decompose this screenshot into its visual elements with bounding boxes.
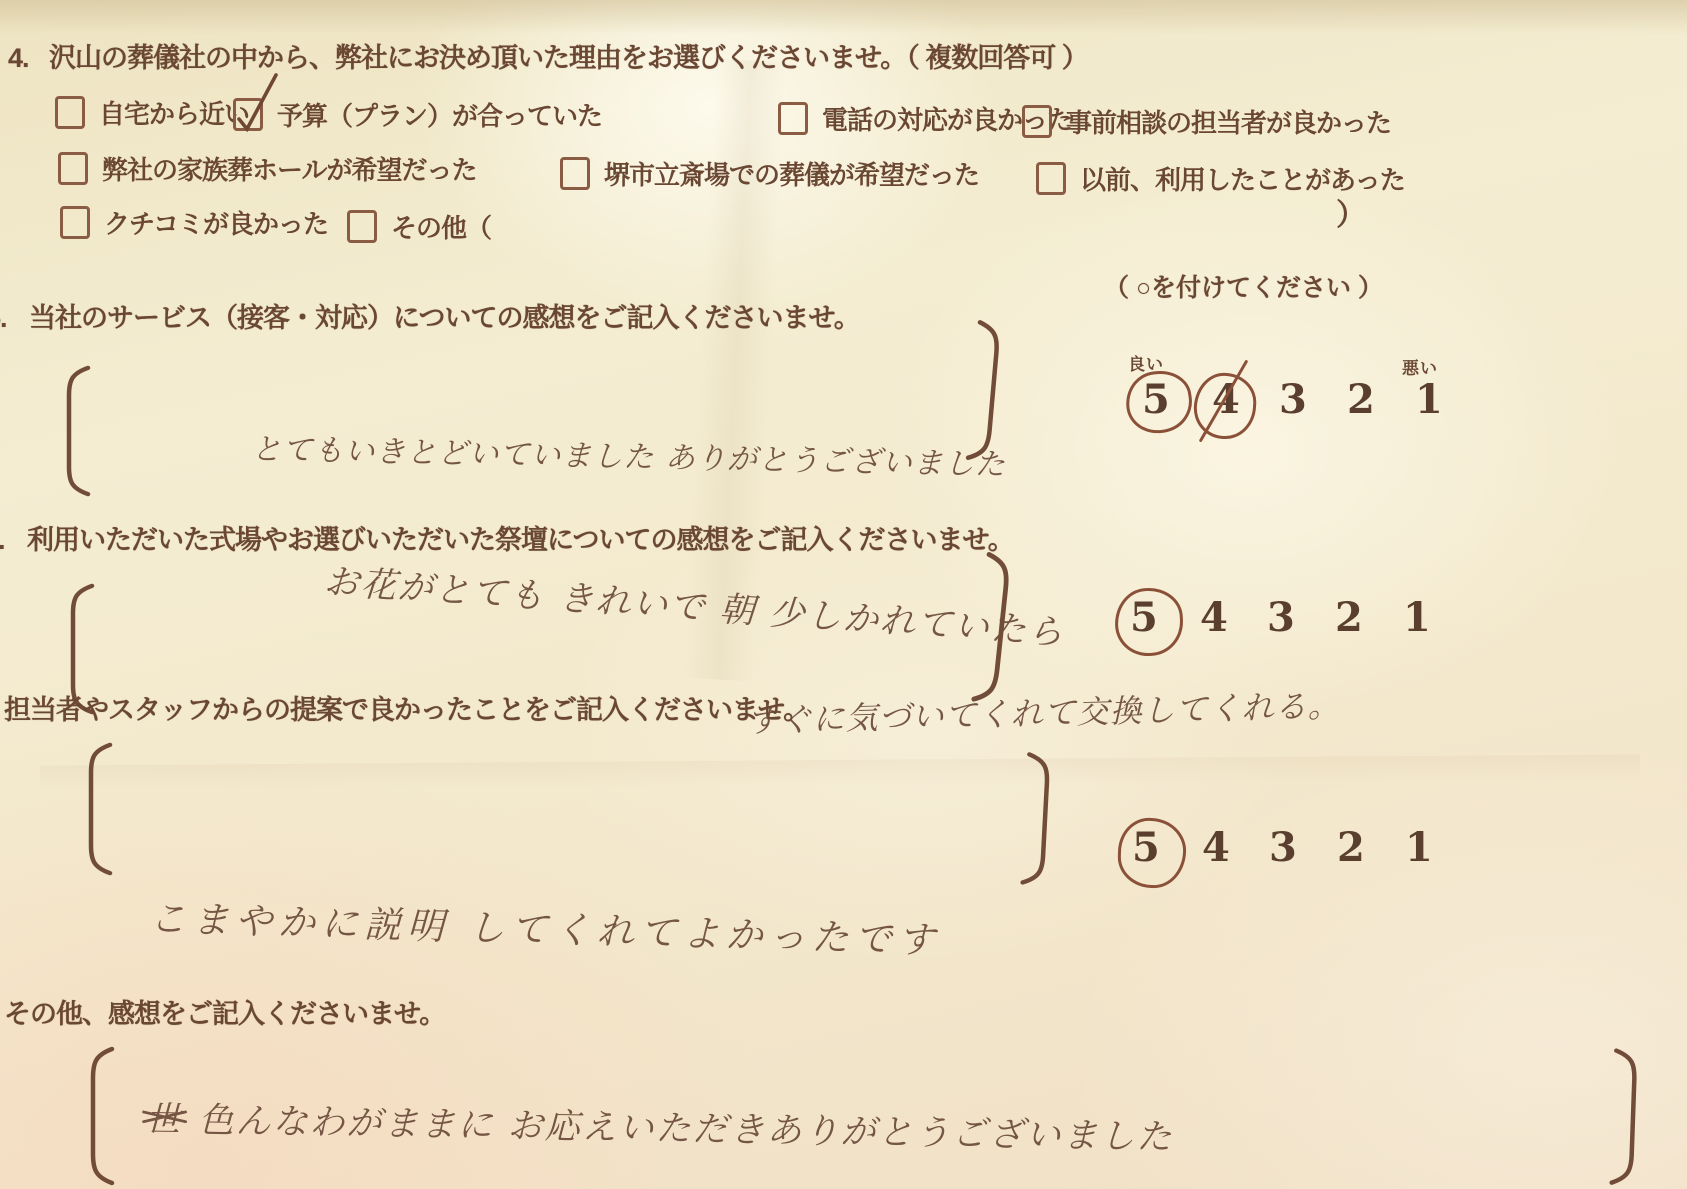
- rating-digit-1: 1: [1403, 598, 1431, 638]
- scribbled-out-text: 世: [145, 1092, 183, 1143]
- rating-instruction: （ ○を付けてください ）: [1104, 268, 1383, 304]
- checkbox-label: 弊社の家族葬ホールが希望だった: [102, 150, 476, 187]
- handwritten-answer-q6-line2: すぐに気づいてくれて交換してくれる。: [746, 680, 1341, 742]
- answer-bracket-open-icon: [82, 742, 116, 876]
- selected-circle-mark-5: [1113, 586, 1184, 657]
- selected-circle-mark-5: [1117, 817, 1187, 889]
- checkbox-label: 予算（プラン）が合っていた: [277, 96, 602, 133]
- handwritten-answer-q8: 世色んなわがままに お応えいただきありがとうございました: [145, 1092, 1174, 1160]
- handwritten-answer-q6-line1: お花がとても きれいで 朝 少しかれていたら: [323, 554, 1067, 656]
- selected-circle-mark-5: [1122, 367, 1196, 438]
- question-7-heading: 担当者やスタッフからの提案で良かったことをご記入くださいませ。: [4, 688, 809, 727]
- question-4-title: 沢山の葬儀社の中から、弊社にお決め頂いた理由をお選びくださいませ。（ 複数回答可…: [49, 43, 1088, 73]
- rating-digit-4: 4: [1200, 598, 1228, 638]
- answer-bracket-open-icon: [84, 1046, 118, 1186]
- paper-crease: [40, 754, 1640, 791]
- handwritten-answer-q8-text: 色んなわがままに お応えいただきありがとうございました: [198, 1101, 1174, 1158]
- question-5-title: 当社のサービス（接客・対応）についての感想をご記入くださいませ。: [29, 303, 860, 333]
- checkbox: [55, 96, 85, 129]
- question-6-title: 利用いただいた式場やお選びいただいた祭壇についての感想をご記入くださいませ。: [27, 525, 1014, 555]
- question-5-heading: 5. 当社のサービス（接客・対応）についての感想をご記入くださいませ。: [0, 296, 860, 335]
- rating-digit-1: 1: [1415, 380, 1443, 420]
- rating-scale-q7: 5 4 3 2 1: [1132, 828, 1452, 888]
- scanned-survey-sheet: 4. 沢山の葬儀社の中から、弊社にお決め頂いた理由をお選びくださいませ。（ 複数…: [0, 0, 1687, 1189]
- checkbox-label: クチコミが良かった: [104, 204, 328, 241]
- checkbox: [60, 206, 90, 239]
- rating-digit-4: 4: [1202, 828, 1230, 868]
- checkbox-option-budget-plan: 予算（プラン）が合っていた: [233, 96, 602, 133]
- question-8-title: その他、感想をご記入くださいませ。: [4, 999, 445, 1029]
- rating-digit-3: 3: [1267, 598, 1295, 638]
- checkbox: [58, 152, 88, 185]
- checkbox-option-other: その他（: [347, 208, 491, 245]
- rating-scale-q5: 5 4 3 2 1: [1142, 380, 1462, 440]
- checkbox: [1022, 105, 1052, 138]
- handwritten-answer-q5: とてもいきとどいていました ありがとうございました: [251, 424, 1006, 484]
- checkbox-option-word-of-mouth: クチコミが良かった: [60, 204, 328, 241]
- question-4-heading: 4. 沢山の葬儀社の中から、弊社にお決め頂いた理由をお選びくださいませ。（ 複数…: [8, 36, 1088, 75]
- other-close-paren: ）: [1336, 190, 1366, 234]
- handwritten-answer-q7: こまやかに説明 してくれてよかったです: [148, 888, 941, 964]
- checkbox-option-consultation-staff: 事前相談の担当者が良かった: [1022, 103, 1391, 140]
- rating-digit-2: 2: [1337, 828, 1365, 868]
- checkbox: [778, 102, 808, 135]
- checkbox: [560, 157, 590, 190]
- checkbox-label: 自宅から近い: [99, 94, 249, 131]
- question-6-number: 6.: [0, 525, 5, 555]
- checkbox: [1036, 162, 1066, 195]
- checkbox-label: その他（: [391, 208, 491, 245]
- rating-digit-2: 2: [1335, 598, 1363, 638]
- checkbox-option-family-hall: 弊社の家族葬ホールが希望だった: [58, 150, 476, 187]
- checkbox-label: 堺市立斎場での葬儀が希望だった: [604, 155, 979, 192]
- question-5-number: 5.: [0, 303, 7, 333]
- rating-scale-q6: 5 4 3 2 1: [1130, 598, 1450, 658]
- rating-digit-3: 3: [1279, 380, 1307, 420]
- answer-bracket-close-icon: [1606, 1047, 1645, 1186]
- checkbox: [347, 210, 377, 243]
- question-4-number: 4.: [8, 43, 29, 73]
- rating-digit-1: 1: [1405, 828, 1433, 868]
- check-mark-icon: [232, 71, 284, 133]
- checkbox-label: 事前相談の担当者が良かった: [1066, 103, 1391, 140]
- crossed-circle-mark-4: [1192, 371, 1258, 441]
- checkbox-option-sakai-saijo: 堺市立斎場での葬儀が希望だった: [560, 155, 979, 192]
- answer-bracket-close-icon: [1017, 751, 1058, 887]
- question-6-heading: 6. 利用いただいた式場やお選びいただいた祭壇についての感想をご記入くださいませ…: [0, 518, 1014, 557]
- answer-bracket-open-icon: [60, 365, 94, 497]
- rating-digit-3: 3: [1269, 828, 1297, 868]
- checkbox-checked: [233, 98, 263, 131]
- answer-bracket-close-icon: [967, 551, 1019, 706]
- question-8-heading: その他、感想をご記入くださいませ。: [4, 992, 445, 1031]
- checkbox-option-home-near: 自宅から近い: [55, 94, 249, 131]
- rating-digit-2: 2: [1347, 380, 1375, 420]
- question-7-title: 担当者やスタッフからの提案で良かったことをご記入くださいませ。: [4, 695, 809, 725]
